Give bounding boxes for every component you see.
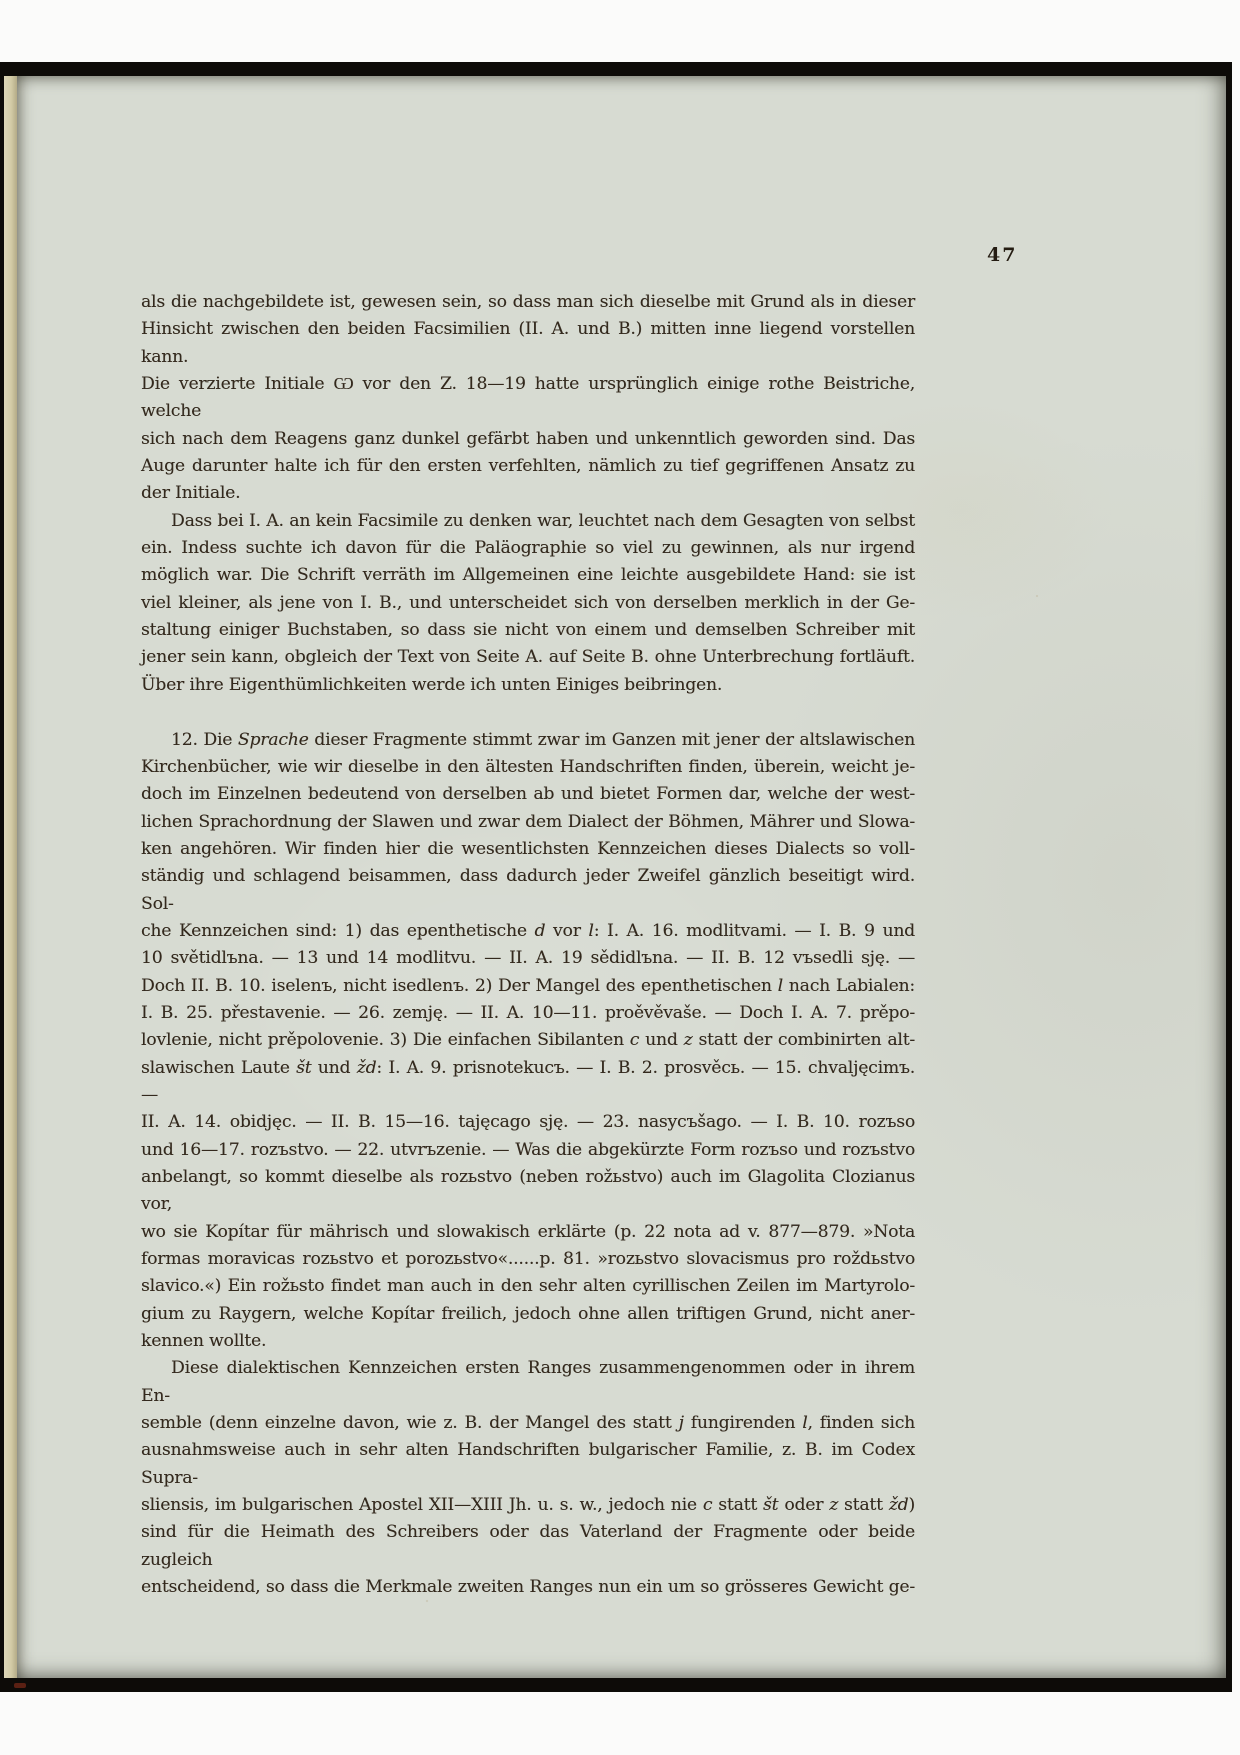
text-line: Doch II. B. 10. iselenъ, nicht isedlenъ.… <box>141 973 915 1000</box>
text-line: ken angehören. Wir finden hier die wesen… <box>141 836 915 863</box>
text-line: kennen wollte. <box>141 1328 915 1355</box>
text-line: 12. Die Sprache dieser Fragmente stimmt … <box>141 727 915 754</box>
scanned-book-page: { "page": { "number": "47", "paper_color… <box>0 0 1240 1755</box>
text-line: Diese dialektischen Kennzeichen ersten R… <box>141 1355 915 1410</box>
text-line: slavico.«) Ein rožьsto findet man auch i… <box>141 1273 915 1300</box>
text-line: sich nach dem Reagens ganz dunkel gefärb… <box>141 426 915 453</box>
text-line: viel kleiner, als jene von I. B., und un… <box>141 590 915 617</box>
page-number: 47 <box>987 244 1047 266</box>
text-line: lichen Sprachordnung der Slawen und zwar… <box>141 809 915 836</box>
binding-speck <box>14 1683 26 1688</box>
text-line: slawischen Laute št und žd: I. A. 9. pri… <box>141 1055 915 1110</box>
paragraph: als die nachgebildete ist, gewesen sein,… <box>141 289 915 508</box>
paragraph: 12. Die Sprache dieser Fragmente stimmt … <box>141 727 915 1356</box>
paragraph: Dass bei I. A. an kein Facsimile zu denk… <box>141 508 915 699</box>
text-line: Hinsicht zwischen den beiden Facsimilien… <box>141 316 915 371</box>
paragraph: Diese dialektischen Kennzeichen ersten R… <box>141 1355 915 1601</box>
text-line: doch im Einzelnen bedeutend von derselbe… <box>141 781 915 808</box>
text-line: formas moravicas rozьstvo et porozьstvo«… <box>141 1246 915 1273</box>
text-line: Kirchenbücher, wie wir dieselbe in den ä… <box>141 754 915 781</box>
text-line: gium zu Raygern, welche Kopítar freilich… <box>141 1301 915 1328</box>
text-line: jener sein kann, obgleich der Text von S… <box>141 644 915 671</box>
text-line: und 16—17. rozъstvo. — 22. utvrъzenie. —… <box>141 1137 915 1164</box>
text-line: che Kennzeichen sind: 1) das epenthetisc… <box>141 918 915 945</box>
text-line: möglich war. Die Schrift verräth im Allg… <box>141 562 915 589</box>
text-line: Auge darunter halte ich für den ersten v… <box>141 453 915 480</box>
paper: 47 als die nachgebildete ist, gewesen se… <box>17 76 1226 1678</box>
page-text: als die nachgebildete ist, gewesen sein,… <box>141 289 915 1602</box>
under-page-edge-strip <box>4 76 17 1678</box>
text-line: sind für die Heimath des Schreibers oder… <box>141 1519 915 1574</box>
text-line: als die nachgebildete ist, gewesen sein,… <box>141 289 915 316</box>
text-line: Die verzierte Initiale Ѡ vor den Z. 18—1… <box>141 371 915 426</box>
text-line: Über ihre Eigenthümlichkeiten werde ich … <box>141 672 915 699</box>
text-line: ein. Indess suchte ich davon für die Pal… <box>141 535 915 562</box>
text-line: anbelangt, so kommt dieselbe als rozьstv… <box>141 1164 915 1219</box>
text-line: ständig und schlagend beisammen, dass da… <box>141 863 915 918</box>
text-line: der Initiale. <box>141 480 915 507</box>
text-line: sliensis, im bulgarischen Apostel XII—XI… <box>141 1492 915 1519</box>
text-line: semble (denn einzelne davon, wie z. B. d… <box>141 1410 915 1437</box>
text-line: staltung einiger Buchstaben, so dass sie… <box>141 617 915 644</box>
text-line: lovlenie, nicht prěpolovenie. 3) Die ein… <box>141 1027 915 1054</box>
text-line: Dass bei I. A. an kein Facsimile zu denk… <box>141 508 915 535</box>
text-line: I. B. 25. přestavenie. — 26. zemję. — II… <box>141 1000 915 1027</box>
text-line: entscheidend, so dass die Merkmale zweit… <box>141 1574 915 1601</box>
text-line: wo sie Kopítar für mährisch und slowakis… <box>141 1219 915 1246</box>
text-line: 10 světidlъna. — 13 und 14 modlitvu. — I… <box>141 945 915 972</box>
text-line: ausnahmsweise auch in sehr alten Handsch… <box>141 1437 915 1492</box>
text-line: II. A. 14. obidjęc. — II. B. 15—16. taję… <box>141 1109 915 1136</box>
